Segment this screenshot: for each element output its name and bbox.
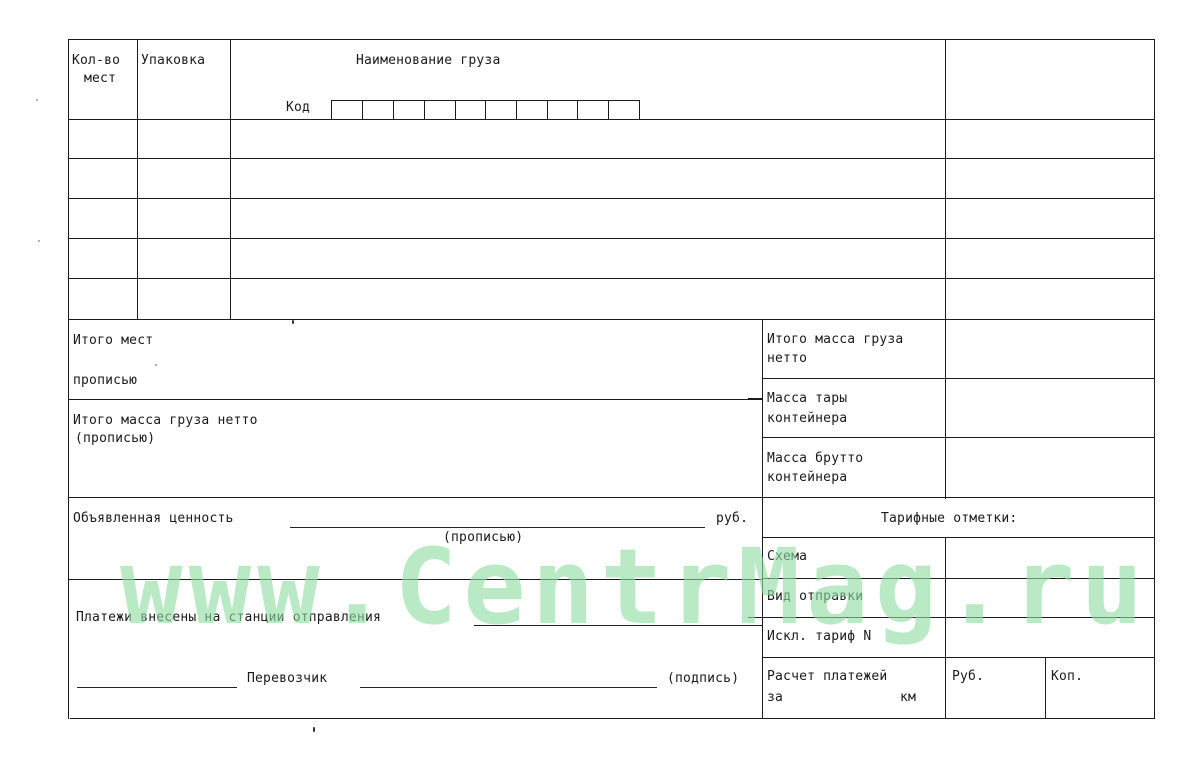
code-cell-4[interactable]: [424, 100, 456, 119]
exception-tariff-label: Искл. тариф N: [767, 628, 871, 646]
gross-value-field[interactable]: [947, 438, 1153, 496]
scan-speck: [292, 320, 294, 324]
border-bottom: [70, 718, 1155, 719]
carrier-label: Перевозчик: [247, 670, 327, 688]
tare-label-1: Масса тары: [767, 390, 847, 408]
scan-speck: [155, 364, 157, 366]
declared-value-hint: (прописью): [443, 529, 523, 547]
carrier-name-line[interactable]: [77, 687, 237, 688]
scheme-label: Схема: [767, 548, 807, 566]
net-mass-label-2: нетто: [767, 350, 807, 368]
declared-value-currency: руб.: [716, 510, 748, 528]
item-row-3[interactable]: [69, 199, 1154, 238]
calc-label-2: за: [767, 689, 783, 707]
rub-kop-divider: [1045, 657, 1046, 719]
payments-label: Платежи внесены на станции отправления: [76, 609, 381, 627]
code-cell-1[interactable]: [331, 100, 363, 119]
rub-label: Руб.: [952, 668, 984, 686]
code-cell-8[interactable]: [547, 100, 578, 119]
tare-label-2: контейнера: [767, 410, 847, 428]
header-packaging: Упаковка: [141, 52, 205, 70]
code-cell-9[interactable]: [577, 100, 609, 119]
declared-value-label: Объявленная ценность: [73, 510, 234, 528]
code-cell-7[interactable]: [516, 100, 548, 119]
rule-exception-bottom: [762, 657, 1155, 658]
header-cargo-name: Наименование груза: [356, 52, 500, 70]
header-qty-places-2: мест: [84, 70, 116, 88]
item-row-2[interactable]: [69, 159, 1154, 198]
scheme-field[interactable]: [947, 538, 1153, 577]
border-top: [68, 39, 1155, 40]
payments-station-line[interactable]: [474, 625, 762, 626]
code-cell-10[interactable]: [608, 100, 640, 119]
calc-label-1: Расчет платежей: [767, 668, 887, 686]
kop-label: Коп.: [1051, 668, 1083, 686]
kop-field[interactable]: [1047, 686, 1153, 717]
middle-divider: [762, 319, 763, 719]
gross-label-2: контейнера: [767, 469, 847, 487]
total-net-mass-field[interactable]: [69, 400, 761, 497]
carrier-signature-line[interactable]: [360, 687, 657, 688]
exception-tariff-field[interactable]: [947, 618, 1153, 656]
item-row-4[interactable]: [69, 239, 1154, 278]
carrier-signature-hint: (подпись): [667, 670, 739, 688]
rule-declared-bottom: [68, 579, 763, 580]
calc-km-label: км: [900, 689, 916, 707]
shipment-type-label: Вид отправки: [767, 588, 863, 606]
item-row-1[interactable]: [69, 120, 1154, 158]
shipment-type-field[interactable]: [947, 579, 1153, 616]
header-qty-places: Кол-во: [72, 52, 120, 70]
tare-value-field[interactable]: [947, 379, 1153, 436]
code-cell-6[interactable]: [485, 100, 517, 119]
scan-speck: [36, 99, 38, 101]
scan-speck: [38, 240, 40, 242]
tariff-col-divider: [945, 537, 946, 719]
tariff-title: Тарифные отметки:: [881, 510, 1017, 528]
code-cell-2[interactable]: [362, 100, 394, 119]
gross-label-1: Масса брутто: [767, 450, 863, 468]
scan-speck: [313, 727, 315, 732]
code-cell-3[interactable]: [393, 100, 425, 119]
declared-value-line[interactable]: [290, 527, 705, 528]
rule-tare-tick: [748, 398, 763, 399]
net-mass-value-field[interactable]: [947, 320, 1153, 377]
code-label: Код: [286, 99, 310, 117]
rule-net-mass-bottom: [68, 497, 1155, 498]
item-row-5[interactable]: [69, 279, 1154, 319]
code-cell-5[interactable]: [455, 100, 486, 119]
total-places-field[interactable]: [69, 320, 761, 398]
net-mass-label-1: Итого масса груза: [767, 331, 903, 349]
rub-field[interactable]: [947, 686, 1044, 717]
